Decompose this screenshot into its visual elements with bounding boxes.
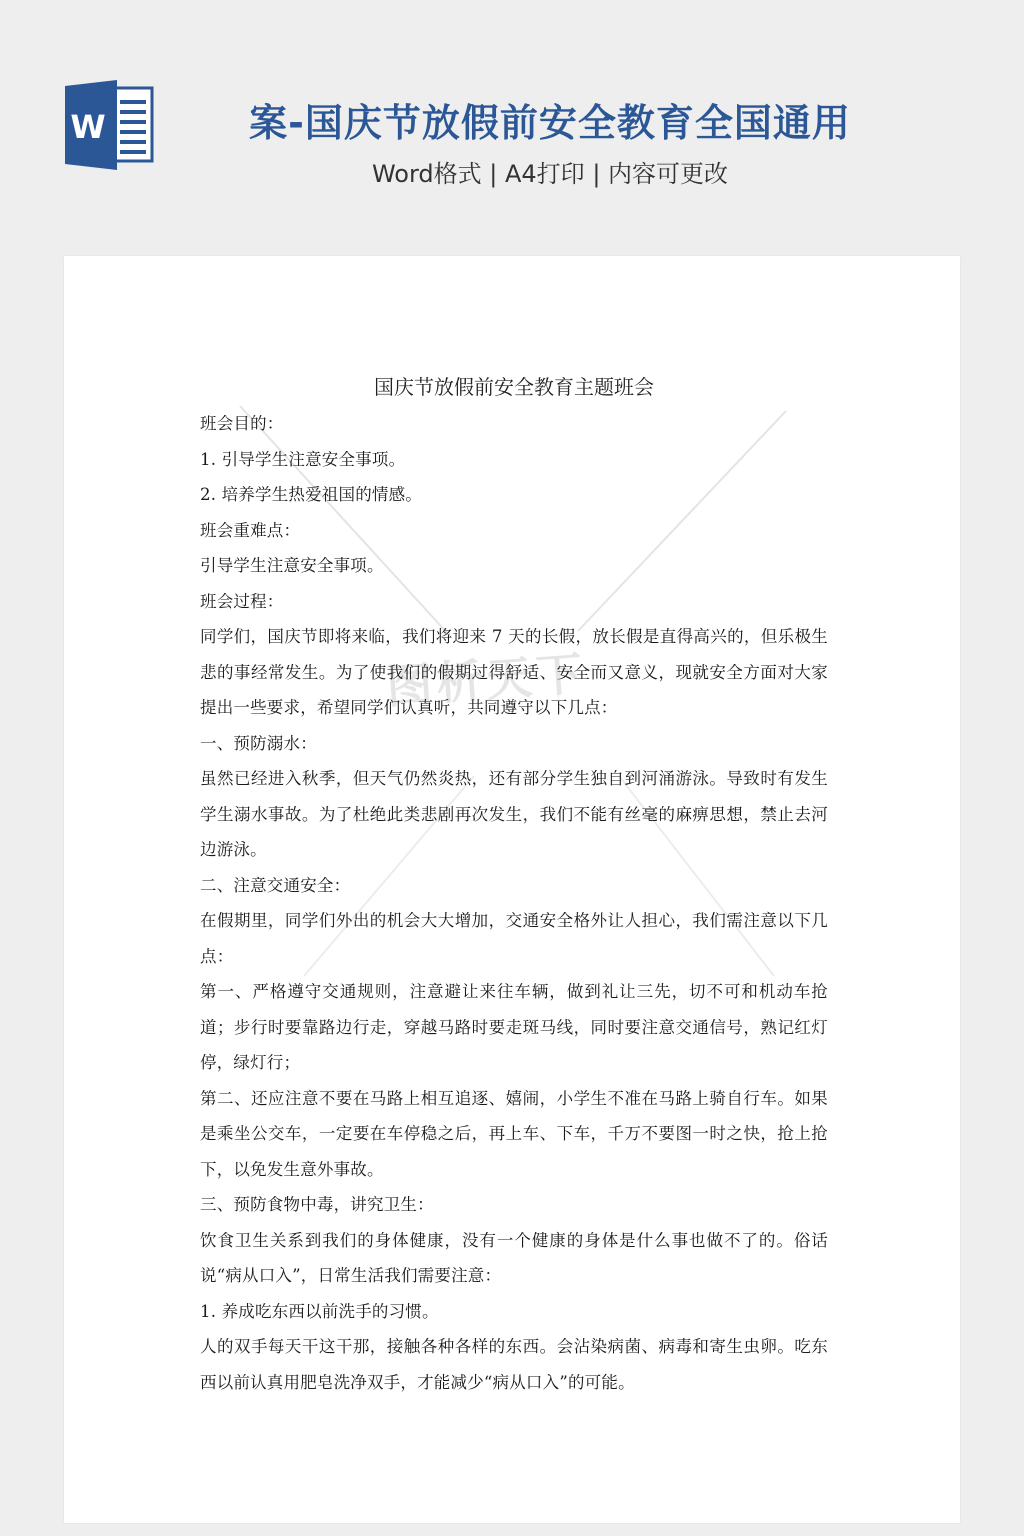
- paragraph: 第一、严格遵守交通规则，注意避让来往车辆，做到礼让三先，切不可和机动车抢道；步行…: [200, 974, 828, 1081]
- word-document-icon: W: [64, 80, 156, 170]
- document-body: 国庆节放假前安全教育主题班会 班会目的： 1. 引导学生注意安全事项。 2. 培…: [200, 368, 828, 1400]
- section-heading: 二、注意交通安全：: [200, 868, 828, 904]
- paragraph: 2. 培养学生热爱祖国的情感。: [200, 477, 828, 513]
- word-logo-letter: W: [70, 108, 105, 146]
- document-page: 图析天下 国庆节放假前安全教育主题班会 班会目的： 1. 引导学生注意安全事项。…: [64, 256, 960, 1523]
- paragraph: 班会目的：: [200, 406, 828, 442]
- paragraph: 班会重难点：: [200, 513, 828, 549]
- format-subtitle: Word格式 | A4打印 | 内容可更改: [200, 154, 900, 189]
- paragraph: 第二、还应注意不要在马路上相互追逐、嬉闹，小学生不准在马路上骑自行车。如果是乘坐…: [200, 1081, 828, 1188]
- paragraph: 同学们，国庆节即将来临，我们将迎来 7 天的长假，放长假是直得高兴的，但乐极生悲…: [200, 619, 828, 726]
- paragraph: 班会过程：: [200, 584, 828, 620]
- paragraph: 1. 养成吃东西以前洗手的习惯。: [200, 1294, 828, 1330]
- section-heading: 一、预防溺水：: [200, 726, 828, 762]
- document-title: 国庆节放假前安全教育主题班会: [200, 368, 828, 406]
- page-title: 案-国庆节放假前安全教育全国通用: [200, 92, 900, 147]
- paragraph: 人的双手每天干这干那，接触各种各样的东西。会沾染病菌、病毒和寄生虫卵。吃东西以前…: [200, 1329, 828, 1400]
- section-heading: 三、预防食物中毒，讲究卫生：: [200, 1187, 828, 1223]
- promo-header: W 案-国庆节放假前安全教育全国通用 Word格式 | A4打印 | 内容可更改: [0, 0, 1024, 250]
- paragraph: 虽然已经进入秋季，但天气仍然炎热，还有部分学生独自到河涌游泳。导致时有发生学生溺…: [200, 761, 828, 868]
- paragraph: 饮食卫生关系到我们的身体健康，没有一个健康的身体是什么事也做不了的。俗话说“病从…: [200, 1223, 828, 1294]
- paragraph: 引导学生注意安全事项。: [200, 548, 828, 584]
- paragraph: 在假期里，同学们外出的机会大大增加，交通安全格外让人担心，我们需注意以下几点：: [200, 903, 828, 974]
- paragraph: 1. 引导学生注意安全事项。: [200, 442, 828, 478]
